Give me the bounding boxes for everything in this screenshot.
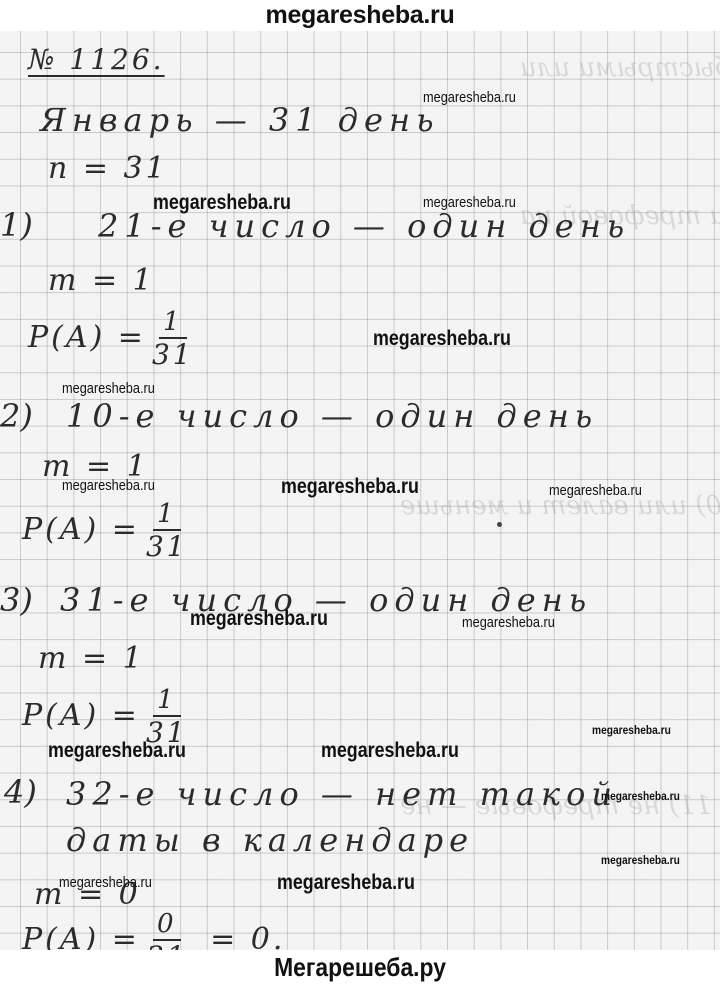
numerator: 1	[153, 501, 181, 531]
watermark: megaresheba.ru	[423, 89, 516, 106]
watermark: megaresheba.ru	[190, 607, 328, 631]
watermark: megaresheba.ru	[48, 739, 186, 763]
item-2-label: 2)	[0, 397, 33, 435]
item-2-probability: P(A) =131	[22, 501, 188, 561]
watermark: megaresheba.ru	[601, 853, 680, 867]
denominator: 31	[146, 531, 188, 561]
watermark: megaresheba.ru	[601, 789, 680, 803]
probability-lhs: P(A) =	[22, 698, 140, 733]
fraction: 131	[146, 501, 188, 561]
item-4-label: 4)	[4, 773, 37, 811]
site-footer-title: Мегарешеба.ру	[43, 950, 677, 985]
item-1-probability: P(A) =131	[28, 309, 194, 369]
numerator: 1	[153, 687, 181, 717]
pen-dot	[497, 522, 502, 527]
probability-result: = 0.	[210, 922, 285, 950]
numerator: 1	[159, 309, 187, 339]
bleed-through-text: 8) иили быстрыми или	[520, 53, 720, 83]
numerator: 0	[153, 911, 181, 941]
watermark: megaresheba.ru	[462, 614, 555, 631]
graph-paper-scan: 8) иили быстрыми или 9) или короли трефо…	[0, 31, 720, 950]
watermark: megaresheba.ru	[281, 475, 419, 499]
item-4-text-continued: даты в календаре	[66, 821, 474, 859]
fraction: 131	[152, 309, 194, 369]
watermark: megaresheba.ru	[59, 874, 152, 891]
site-header-title: megaresheba.ru	[0, 0, 720, 31]
denominator: 31	[146, 941, 188, 950]
watermark: megaresheba.ru	[277, 871, 415, 895]
watermark: megaresheba.ru	[153, 191, 291, 215]
watermark: megaresheba.ru	[592, 723, 671, 737]
item-2-text: 10-е число — один день	[66, 397, 598, 435]
probability-lhs: P(A) =	[22, 922, 140, 950]
watermark: megaresheba.ru	[321, 739, 459, 763]
item-3-m-value: m = 1	[38, 641, 145, 676]
fraction: 031	[146, 911, 188, 950]
item-3-label: 3)	[0, 581, 33, 619]
denominator: 31	[152, 339, 194, 369]
item-4-probability: P(A) =031 = 0.	[22, 911, 285, 950]
fraction: 131	[146, 687, 188, 747]
watermark: megaresheba.ru	[373, 327, 511, 351]
probability-lhs: P(A) =	[28, 320, 146, 355]
watermark: megaresheba.ru	[423, 194, 516, 211]
item-4-text: 32-е число — нет такой	[66, 775, 618, 813]
item-1-m-value: m = 1	[48, 263, 155, 298]
watermark: megaresheba.ru	[62, 477, 155, 494]
watermark: megaresheba.ru	[549, 482, 642, 499]
problem-number: № 1126.	[28, 43, 165, 76]
item-3-probability: P(A) =131	[22, 687, 188, 747]
watermark: megaresheba.ru	[62, 380, 155, 397]
given-statement: Январь — 31 день	[40, 101, 439, 139]
item-1-label: 1)	[0, 206, 33, 244]
n-value: n = 31	[48, 151, 168, 186]
probability-lhs: P(A) =	[22, 512, 140, 547]
